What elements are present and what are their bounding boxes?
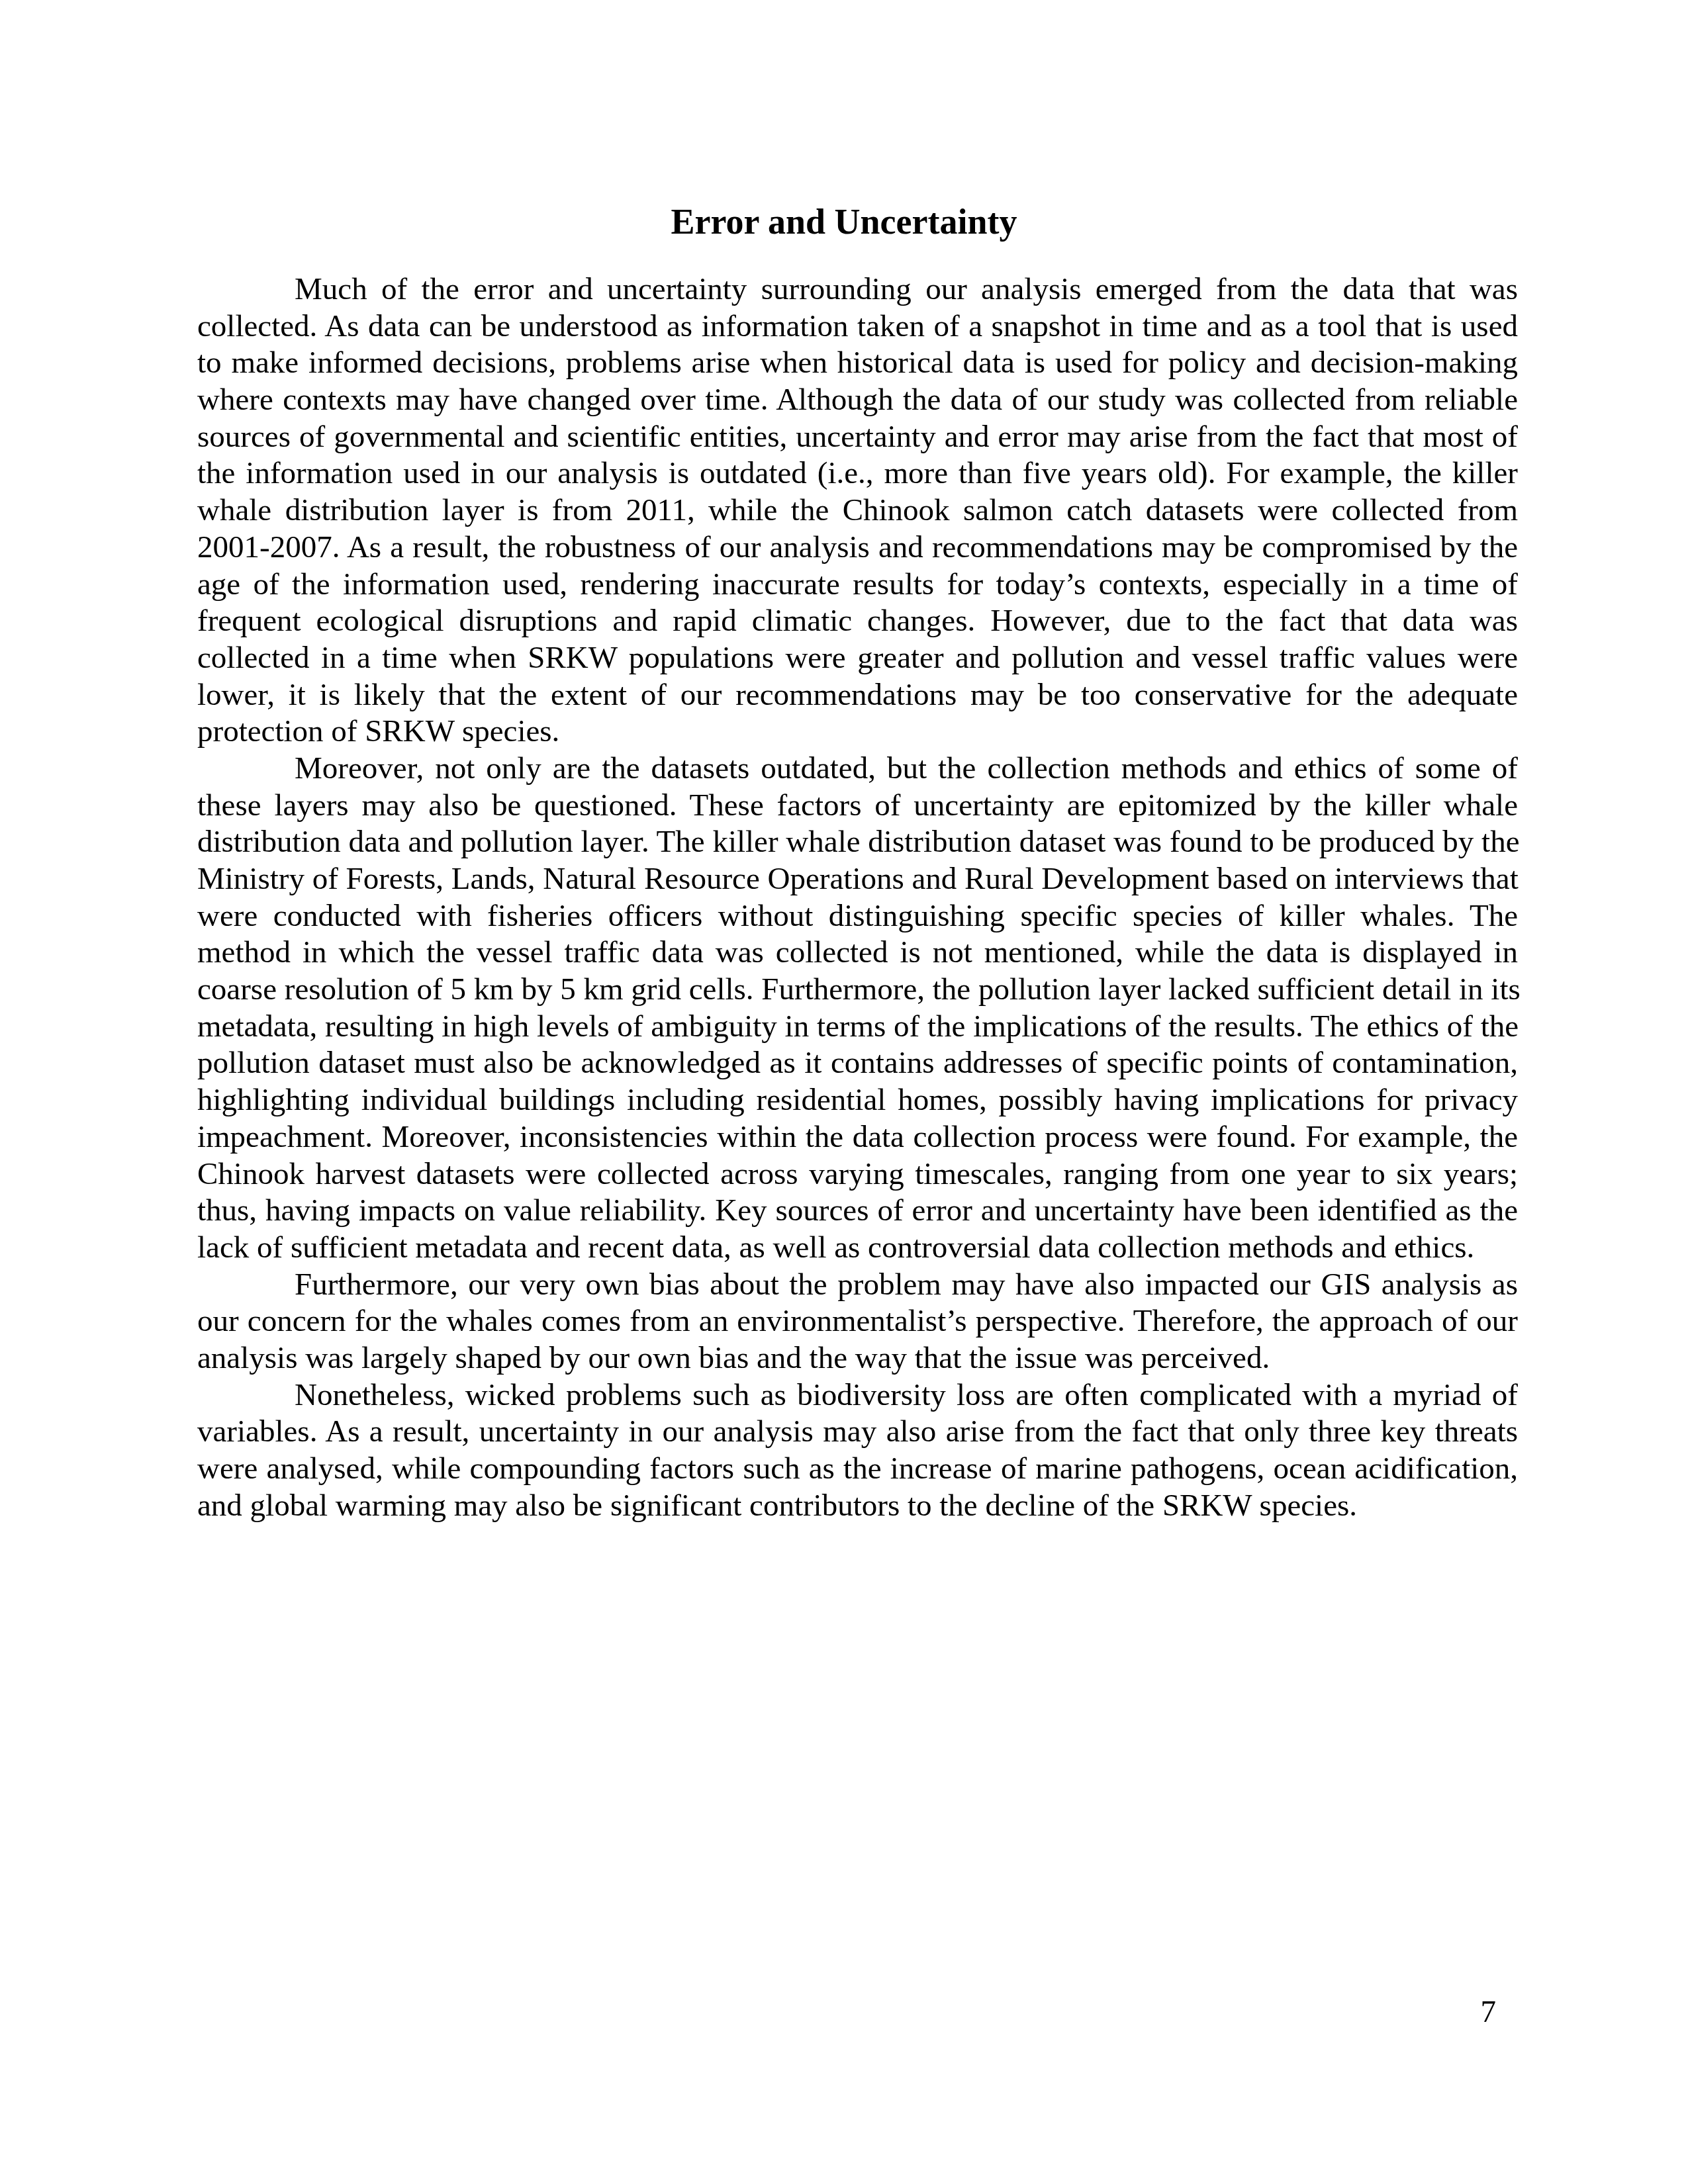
text-line: Nonetheless, wicked problems such as bio… [197,1377,1518,1414]
text-line: where contexts may have changed over tim… [197,382,1518,419]
text-line: protection of SRKW species. [197,713,1518,751]
text-line: 2001-2007. As a result, the robustness o… [197,529,1518,567]
text-line: method in which the vessel traffic data … [197,934,1518,972]
text-line: variables. As a result, uncertainty in o… [197,1414,1518,1451]
text-line: frequent ecological disruptions and rapi… [197,603,1518,640]
text-line: Ministry of Forests, Lands, Natural Reso… [197,861,1518,898]
text-line: metadata, resulting in high levels of am… [197,1009,1518,1046]
text-line: Much of the error and uncertainty surrou… [197,271,1518,308]
text-line: Chinook harvest datasets were collected … [197,1156,1518,1193]
text-line: to make informed decisions, problems ari… [197,345,1518,382]
text-line: and global warming may also be significa… [197,1488,1518,1525]
paragraph-bias: Furthermore, our very own bias about the… [197,1267,1518,1377]
paragraph-data-age: Much of the error and uncertainty surrou… [197,271,1518,751]
text-line: sources of governmental and scientific e… [197,419,1518,456]
text-line: coarse resolution of 5 km by 5 km grid c… [197,972,1518,1009]
text-line: were analysed, while compounding factors… [197,1451,1518,1488]
text-line: pollution dataset must also be acknowled… [197,1045,1518,1082]
text-line: lower, it is likely that the extent of o… [197,677,1518,714]
body-text: Much of the error and uncertainty surrou… [197,271,1518,1524]
text-line: impeachment. Moreover, inconsistencies w… [197,1119,1518,1156]
document-page: Error and Uncertainty Much of the error … [0,0,1688,2184]
paragraph-wicked-problems: Nonetheless, wicked problems such as bio… [197,1377,1518,1525]
text-line: highlighting individual buildings includ… [197,1082,1518,1119]
text-line: lack of sufficient metadata and recent d… [197,1230,1518,1267]
text-line: whale distribution layer is from 2011, w… [197,492,1518,529]
text-line: analysis was largely shaped by our own b… [197,1340,1518,1377]
paragraph-methods-ethics: Moreover, not only are the datasets outd… [197,751,1518,1267]
section-title: Error and Uncertainty [0,199,1688,245]
text-line: these layers may also be questioned. The… [197,788,1518,825]
text-line: our concern for the whales comes from an… [197,1303,1518,1340]
text-line: the information used in our analysis is … [197,455,1518,492]
text-line: collected in a time when SRKW population… [197,640,1518,677]
text-line: Moreover, not only are the datasets outd… [197,751,1518,788]
page-number: 7 [1456,1992,1496,2032]
text-line: Furthermore, our very own bias about the… [197,1267,1518,1304]
text-line: thus, having impacts on value reliabilit… [197,1193,1518,1230]
text-line: age of the information used, rendering i… [197,567,1518,604]
text-line: were conducted with fisheries officers w… [197,898,1518,935]
text-line: collected. As data can be understood as … [197,308,1518,345]
text-line: distribution data and pollution layer. T… [197,824,1518,861]
